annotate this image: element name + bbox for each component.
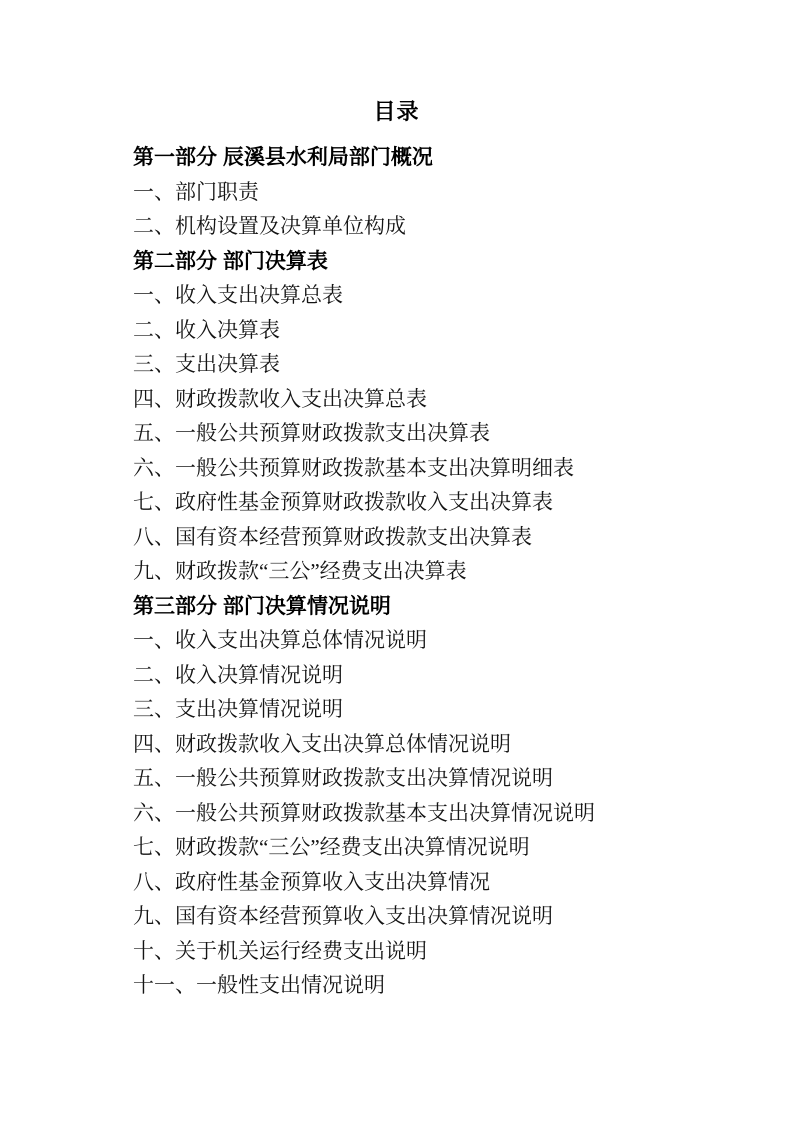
- toc-item: 八、国有资本经营预算财政拨款支出决算表: [133, 519, 753, 554]
- toc-item: 九、财政拨款“三公”经费支出决算表: [133, 553, 753, 588]
- toc-item: 二、收入决算表: [133, 312, 753, 347]
- toc-item: 一、收入支出决算总体情况说明: [133, 622, 753, 657]
- toc-item: 七、政府性基金预算财政拨款收入支出决算表: [133, 484, 753, 519]
- page-title: 目录: [0, 97, 793, 127]
- toc-item: 五、一般公共预算财政拨款支出决算情况说明: [133, 760, 753, 795]
- toc-item: 二、机构设置及决算单位构成: [133, 208, 753, 243]
- toc-section-heading-1: 第一部分 辰溪县水利局部门概况: [133, 139, 753, 174]
- toc-section-heading-2: 第二部分 部门决算表: [133, 243, 753, 278]
- toc-item: 三、支出决算情况说明: [133, 691, 753, 726]
- toc-item: 八、政府性基金预算收入支出决算情况: [133, 864, 753, 899]
- toc-item: 十、关于机关运行经费支出说明: [133, 933, 753, 968]
- toc-item: 三、支出决算表: [133, 346, 753, 381]
- toc-section-heading-3: 第三部分 部门决算情况说明: [133, 588, 753, 623]
- toc-item: 七、财政拨款“三公”经费支出决算情况说明: [133, 829, 753, 864]
- toc-item: 二、收入决算情况说明: [133, 657, 753, 692]
- toc-item: 四、财政拨款收入支出决算总体情况说明: [133, 726, 753, 761]
- toc-item: 十一、一般性支出情况说明: [133, 967, 753, 1002]
- toc-item: 一、部门职责: [133, 174, 753, 209]
- toc-item: 九、国有资本经营预算收入支出决算情况说明: [133, 898, 753, 933]
- table-of-contents: 第一部分 辰溪县水利局部门概况 一、部门职责 二、机构设置及决算单位构成 第二部…: [133, 139, 753, 1002]
- toc-item: 六、一般公共预算财政拨款基本支出决算明细表: [133, 450, 753, 485]
- toc-item: 四、财政拨款收入支出决算总表: [133, 381, 753, 416]
- document-page: 目录 第一部分 辰溪县水利局部门概况 一、部门职责 二、机构设置及决算单位构成 …: [0, 0, 793, 1122]
- toc-item: 六、一般公共预算财政拨款基本支出决算情况说明: [133, 795, 753, 830]
- toc-item: 一、收入支出决算总表: [133, 277, 753, 312]
- toc-item: 五、一般公共预算财政拨款支出决算表: [133, 415, 753, 450]
